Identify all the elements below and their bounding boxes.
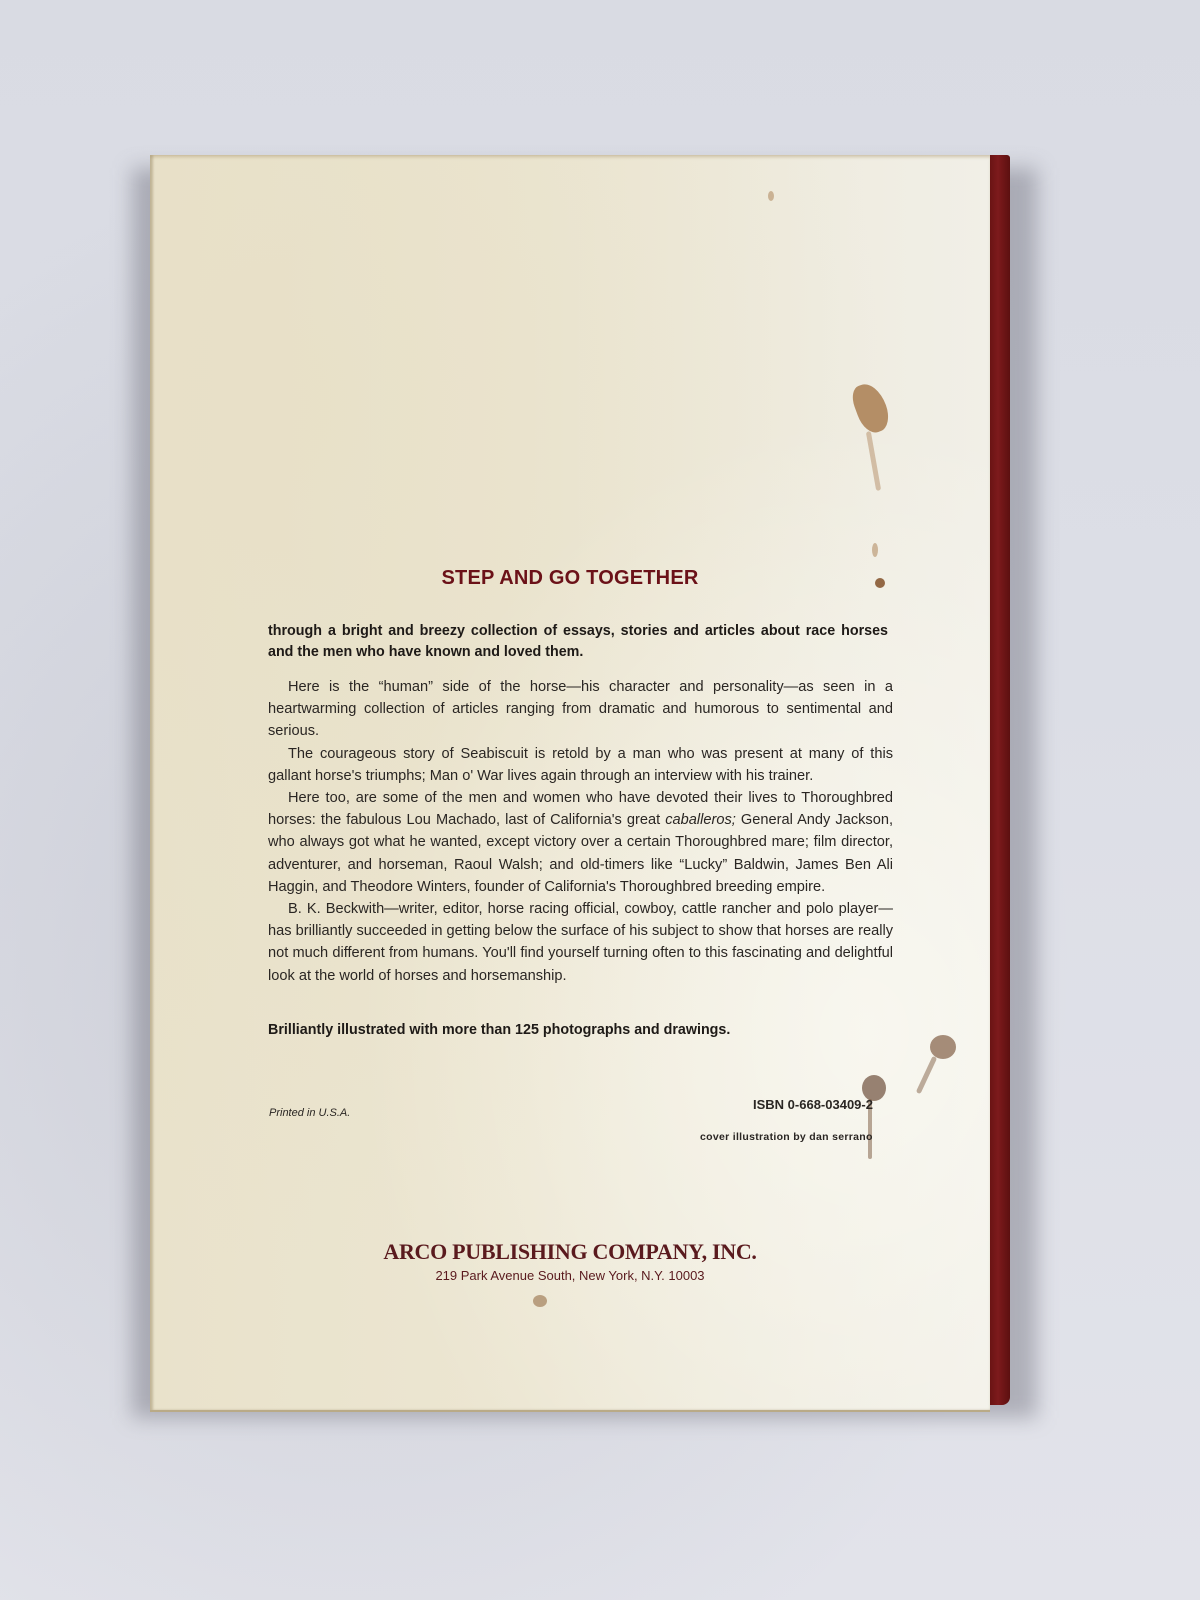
publisher-address: 219 Park Avenue South, New York, N.Y. 10… <box>150 1268 990 1283</box>
isbn: ISBN 0-668-03409-2 <box>753 1097 873 1112</box>
book-spine <box>990 155 1010 1405</box>
paragraph: Here too, are some of the men and women … <box>268 787 893 898</box>
description: Here is the “human” side of the horse—hi… <box>268 676 893 987</box>
cover-text: STEP AND GO TOGETHER through a bright an… <box>150 155 990 1410</box>
cover-credit: cover illustration by dan serrano <box>700 1131 873 1143</box>
book-title: STEP AND GO TOGETHER <box>150 567 990 590</box>
book: STEP AND GO TOGETHER through a bright an… <box>150 155 1040 1410</box>
italic-word: caballeros; <box>665 812 736 828</box>
printed-in: Printed in U.S.A. <box>269 1107 350 1119</box>
illustration-note: Brilliantly illustrated with more than 1… <box>268 1022 888 1038</box>
paragraph: The courageous story of Seabiscuit is re… <box>268 743 893 787</box>
paragraph: Here is the “human” side of the horse—hi… <box>268 676 893 743</box>
paragraph: B. K. Beckwith—writer, editor, horse rac… <box>268 898 893 987</box>
publisher-name: ARCO PUBLISHING COMPANY, INC. <box>150 1239 990 1265</box>
lead-paragraph: through a bright and breezy collection o… <box>268 621 888 663</box>
